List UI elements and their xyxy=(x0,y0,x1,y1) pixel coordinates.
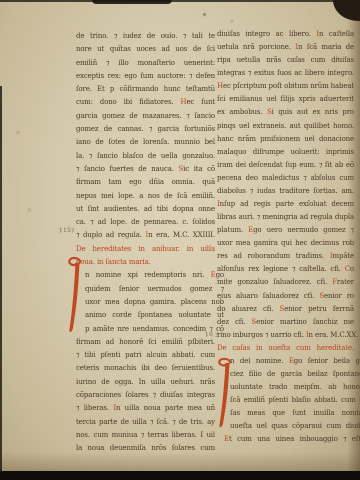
text-line: n nomine xpi redemptoris nri. Ego xyxy=(76,269,224,282)
body-text: firmam ad honorẽ ſci emiliñ pſbiteri. xyxy=(76,338,215,346)
text-line: malaquo diſrumpe uoluerit: inprimis xyxy=(217,146,354,159)
body-text: ic ita cõ xyxy=(183,165,215,173)
text-line: de trino. ⁊ iudez de ouio. ⁊ tali te xyxy=(76,30,215,43)
text-line: gomez de cannas. ⁊ garcia fortuniõs xyxy=(76,123,215,136)
text-line: diabolus ⁊ iudas traditore ſortias. am. xyxy=(217,185,354,198)
text-line: tercia parte de uilla ⁊ ſcã. ⁊ de tris. … xyxy=(76,416,215,429)
body-text: n dei nomine. xyxy=(230,357,289,365)
body-text: ſas meas que ſunt inuilla nomine xyxy=(230,409,360,417)
body-text: la. ⁊ ſancio blaſco de uella gonzaluo. xyxy=(76,152,215,160)
text-line: platum. Ego uero uermudo gomez ⁊ xyxy=(217,224,354,237)
body-text: i quis aut ex nris pro xyxy=(272,108,354,116)
body-text: uxor mea gamira qui hec decimus rob xyxy=(217,239,354,247)
text-line: rino inburgos ⁊ uarrio cfi. In era. M.C.… xyxy=(217,329,354,342)
body-text: n uilla noua parte mea uñ xyxy=(116,404,215,412)
body-text: quidem ſenior uermudos gomez ⁊ xyxy=(85,285,224,293)
text-line: iram dei deſcendat ſup eum. ⁊ ſit ab eõ xyxy=(217,159,354,172)
text-line: la noua deuenmiſa nrõs ſolares cum xyxy=(76,442,215,455)
body-text: nore ut quĩtas uoces ad uos de ſci xyxy=(76,45,215,53)
body-text: cum: dono ibi fidiatores. xyxy=(76,98,180,106)
body-text: mite gonzaluo ſaluadorez. cfi. xyxy=(217,278,332,286)
body-text: n ſcã maria de xyxy=(298,43,354,51)
photo-corner-dark xyxy=(333,0,360,21)
illuminated-initial-i-left xyxy=(65,256,83,336)
body-text: eius aluaro ſaluadorez cfi. xyxy=(217,292,319,300)
body-text: firmam tam ego dñia omnia. quã xyxy=(76,178,215,186)
body-text: ſcã emiliñ pſenti blaſio abbati. cum ca xyxy=(230,396,360,404)
text-line: firmam ad honorẽ ſci emiliñ pſbiteri. xyxy=(76,336,215,349)
text-line: ripa uetulla nrãs caſas cum diuiſas xyxy=(217,54,354,67)
text-line: p amãte nre uendamus. concedim ⁊ cõ xyxy=(76,323,224,336)
body-text: alfonſus rex legione ⁊ caſtella. cfi. xyxy=(217,265,345,273)
body-text: rater xyxy=(337,278,354,286)
body-text: iurino de ogga. In uilla uehuri. nrãs xyxy=(76,378,215,386)
text-line: firmam tam ego dñia omnia. quã xyxy=(76,176,215,189)
body-text: ut ſint audientes. ad tibi dopna onne xyxy=(76,205,215,213)
body-text: platum. xyxy=(217,226,248,234)
illuminated-initial-i-right xyxy=(215,357,233,431)
body-text: diuiſas integro ac libero. xyxy=(217,30,316,38)
text-line: n dei nomine. Ego ſenior beila gar xyxy=(217,355,360,368)
photo-border-bottom xyxy=(0,471,360,480)
text-line: ceteris monachis ibi deo ſeruientibus. xyxy=(76,362,215,375)
text-column-left: de trino. ⁊ iudez de ouio. ⁊ tali tenore… xyxy=(76,30,215,456)
margin-note-right: 16 ʒ xyxy=(205,331,219,338)
body-text: n nomine xpi redemptoris nri. xyxy=(85,271,211,279)
body-text: exceptis rex: ego ſum auctore: ⁊ defen xyxy=(76,72,215,80)
photo-border-left xyxy=(0,86,2,472)
body-text: enior petru ferrnã xyxy=(284,305,354,313)
text-line: ex ambobus. Si quis aut ex nris pro xyxy=(217,106,354,119)
text-line: ſore. Et p cõfirmando hunc teſtamtũ xyxy=(76,83,215,96)
body-text: ec ſunt xyxy=(186,98,215,106)
text-line: alfonſus rex legione ⁊ caſtella. cfi. Co xyxy=(217,263,354,276)
parchment-page: de trino. ⁊ iudez de ouio. ⁊ tali tenore… xyxy=(0,0,360,480)
body-text: ceteris monachis ibi deo ſeruientibus. xyxy=(76,364,215,372)
body-text: cõparaciones ſolares ⁊ diuiſas integras xyxy=(76,391,215,399)
body-text: nos. cum muniua ⁊ terras liberas. I uil xyxy=(76,431,215,439)
rubric-text: De caſas in uueſta cum hereditate. xyxy=(217,344,354,352)
body-text: ⁊ ſancio fuertes de nauca. xyxy=(76,165,179,173)
text-line: hanc nrãm pmiſsionem uel donacione xyxy=(217,133,354,146)
text-line: ⁊ duplo ad regula. In era. M.C. XXIIII. xyxy=(76,229,215,242)
body-text: res ad roborandum tradims. xyxy=(217,252,330,260)
text-line: emiliñ ⁊ illo monaſterio uenerint: xyxy=(76,57,215,70)
manuscript-photo: de trino. ⁊ iudez de ouio. ⁊ tali tenore… xyxy=(0,0,360,480)
text-line: ca. ⁊ ad lope. de pennarea. c. ſolidos xyxy=(76,216,215,229)
text-line: ⁊ ſancio fuertes de nauca. Sic ita cõ xyxy=(76,163,215,176)
text-line: ſas meas que ſunt inuilla nomine xyxy=(217,407,360,420)
text-line: diuiſas integro ac libero. In caſtella xyxy=(217,28,354,41)
body-text: pinqs uel extraneis. aut quilibet homo. xyxy=(217,122,354,130)
body-text: dez cfi. xyxy=(217,318,251,326)
text-line: do aluarez cfi. Senior petru ferrnã xyxy=(217,303,354,316)
text-line: la. ⁊ ſancio blaſco de uella gonzaluo. xyxy=(76,150,215,163)
stain xyxy=(16,131,20,134)
body-text: ec pſcriptum poſt obitum nrũm habeat xyxy=(223,82,354,90)
text-line: libras auri. ⁊ meningria ad regula dupla xyxy=(217,211,354,224)
body-text: diabolus ⁊ iudas traditore ſortias. am. xyxy=(217,187,354,195)
body-text: pecena deo maledictus ⁊ abſolus cum xyxy=(217,174,354,182)
body-text: emiliñ ⁊ illo monaſterio uenerint: xyxy=(76,59,215,67)
body-text: p amãte nre uendamus. concedim ⁊ cõ xyxy=(85,325,224,333)
text-line: garcia gomez de mazanares. ⁊ ſancio xyxy=(76,110,215,123)
text-line: ⁊ tibi pſenti patri alcuin abbati. cum xyxy=(76,349,215,362)
body-text: ca. ⁊ ad lope. de pennarea. c. ſolidos xyxy=(76,218,215,226)
text-line: uxor mea dopna gamira. placens nob xyxy=(76,296,224,309)
text-line: uxor mea gamira qui hec decimus rob xyxy=(217,237,354,250)
body-text: o xyxy=(350,265,354,273)
text-line: De caſas in uueſta cum hereditate. xyxy=(217,342,354,355)
text-line: nos. cum muniua ⁊ terras liberas. I uil xyxy=(76,429,215,442)
text-line: ſcã emiliñ pſenti blaſio abbati. cum ca xyxy=(217,394,360,407)
body-text: go ſenior beila gar xyxy=(294,357,360,365)
text-line: uoluntate trado meipſm. ab honore xyxy=(217,381,360,394)
body-text: hanc nrãm pmiſsionem uel donacione xyxy=(217,135,354,143)
text-line: nepus mei lope. a nos de ſcã emiliñ. xyxy=(76,190,215,203)
body-text: tercia parte de uilla ⁊ ſcã. ⁊ de tris. … xyxy=(76,418,215,426)
body-text: ex ambobus. xyxy=(217,108,267,116)
stain xyxy=(231,20,233,22)
photo-border-top xyxy=(0,0,360,2)
text-line: Hec pſcriptum poſt obitum nrũm habeat xyxy=(217,80,354,93)
text-line: Et cum una uinea inbouaggio ⁊ eſt xyxy=(217,433,360,446)
text-line: ut ſint audientes. ad tibi dopna onne xyxy=(76,203,215,216)
body-text: nſup ad regis parte exſoluat decem xyxy=(220,200,354,208)
text-line: ciez filio de garcia beilaz ſpontanea xyxy=(217,368,360,381)
text-line: iurino de ogga. In uilla uehuri. nrãs xyxy=(76,376,215,389)
body-text: ciez filio de garcia beilaz ſpontanea xyxy=(230,370,360,378)
body-text: do aluarez cfi. xyxy=(217,305,280,313)
body-text: nepus mei lope. a nos de ſcã emiliñ. xyxy=(76,192,215,200)
text-line: cõparaciones ſolares ⁊ diuiſas integras xyxy=(76,389,215,402)
body-text: t cum una uinea inbouaggio ⁊ eſt xyxy=(229,435,360,443)
body-text: ſore. Et p cõfirmando hunc teſtamtũ xyxy=(76,85,215,93)
rubric-text: De hereditates in anihuar. in uilla xyxy=(76,245,215,253)
body-text: rino inburgos ⁊ uarrio cfi. xyxy=(217,331,306,339)
margin-note-left: 115⁊ xyxy=(59,227,74,235)
body-text: ⁊ tibi pſenti patri alcuin abbati. cum xyxy=(76,351,215,359)
body-text: mpãte xyxy=(333,252,355,260)
text-line: Inſup ad regis parte exſoluat decem xyxy=(217,198,354,211)
text-line: cum: dono ibi fidiatores. Hec ſunt xyxy=(76,96,215,109)
body-text: libras auri. ⁊ meningria ad regula dupla xyxy=(217,213,354,221)
body-text: ſci emilianus uel filijs xpris aduerteri… xyxy=(217,95,354,103)
body-text: uoluntate trado meipſm. ab honore xyxy=(230,383,360,391)
body-text: integras ⁊ exitus ſuos ac libero integro… xyxy=(217,69,354,77)
body-text: animo corde ſpontanea uoluntate ut xyxy=(85,311,224,319)
body-text: iram dei deſcendat ſup eum. ⁊ ſit ab eõ xyxy=(217,161,354,169)
stain xyxy=(27,208,32,212)
text-line: quidem ſenior uermudos gomez ⁊ xyxy=(76,283,224,296)
stain xyxy=(203,13,206,16)
text-line: uetula nrã porcione. In ſcã maria de xyxy=(217,41,354,54)
text-line: eius aluaro ſaluadorez cfi. Senior ro xyxy=(217,290,354,303)
text-line: pinqs uel extraneis. aut quilibet homo. xyxy=(217,120,354,133)
text-line: iano de ſotes de lorenſa. munnio bel xyxy=(76,136,215,149)
body-text: n caſtella xyxy=(319,30,354,38)
body-text: n era. M.C.XX. xyxy=(309,331,359,339)
body-text: ⁊ liberas. xyxy=(76,404,113,412)
text-line: exceptis rex: ego ſum auctore: ⁊ defen xyxy=(76,70,215,83)
body-text: garcia gomez de mazanares. ⁊ ſancio xyxy=(76,112,215,120)
body-text: malaquo diſrumpe uoluerit: inprimis xyxy=(217,148,354,156)
photo-border-top-bump xyxy=(92,0,172,4)
text-line: ſci emilianus uel filijs xpris aduerteri… xyxy=(217,93,354,106)
body-text: ripa uetulla nrãs caſas cum diuiſas xyxy=(217,56,354,64)
text-column-right: diuiſas integro ac libero. In caſtellaue… xyxy=(217,28,354,447)
body-text: enior martino ſanchiz me xyxy=(256,318,354,326)
body-text: iano de ſotes de lorenſa. munnio bel xyxy=(76,138,215,146)
body-text: uxor mea dopna gamira. placens nob xyxy=(85,298,224,306)
body-text: enior ro xyxy=(324,292,354,300)
text-line: ⁊ liberas. In uilla noua parte mea uñ xyxy=(76,402,215,415)
text-line: pecena deo maledictus ⁊ abſolus cum xyxy=(217,172,354,185)
body-text: uetula nrã porcione. xyxy=(217,43,295,51)
text-line: dez cfi. Senior martino ſanchiz me xyxy=(217,316,354,329)
text-line: integras ⁊ exitus ſuos ac libero integro… xyxy=(217,67,354,80)
body-text: uueſta uel quas cõparaui cum diuiſa. xyxy=(230,422,360,430)
text-line: res ad roborandum tradims. Impãte xyxy=(217,250,354,263)
body-text: n era. M.C. XXIIII. xyxy=(148,231,215,239)
body-text: la noua deuenmiſa nrõs ſolares cum xyxy=(76,444,215,452)
body-text: ⁊ duplo ad regula. xyxy=(76,231,145,239)
text-line: animo corde ſpontanea uoluntate ut xyxy=(76,309,224,322)
text-line: De hereditates in anihuar. in uilla xyxy=(76,243,215,256)
rubric-text: noua. in ſancta maria. xyxy=(76,258,151,266)
text-line: uueſta uel quas cõparaui cum diuiſa. xyxy=(217,420,360,433)
text-line: nore ut quĩtas uoces ad uos de ſci xyxy=(76,43,215,56)
body-text: gomez de cannas. ⁊ garcia fortuniõs xyxy=(76,125,215,133)
text-line: noua. in ſancta maria. xyxy=(76,256,215,269)
text-line: mite gonzaluo ſaluadorez. cfi. Frater xyxy=(217,276,354,289)
body-text: go uero uermudo gomez ⁊ xyxy=(253,226,354,234)
body-text: de trino. ⁊ iudez de ouio. ⁊ tali te xyxy=(76,32,215,40)
